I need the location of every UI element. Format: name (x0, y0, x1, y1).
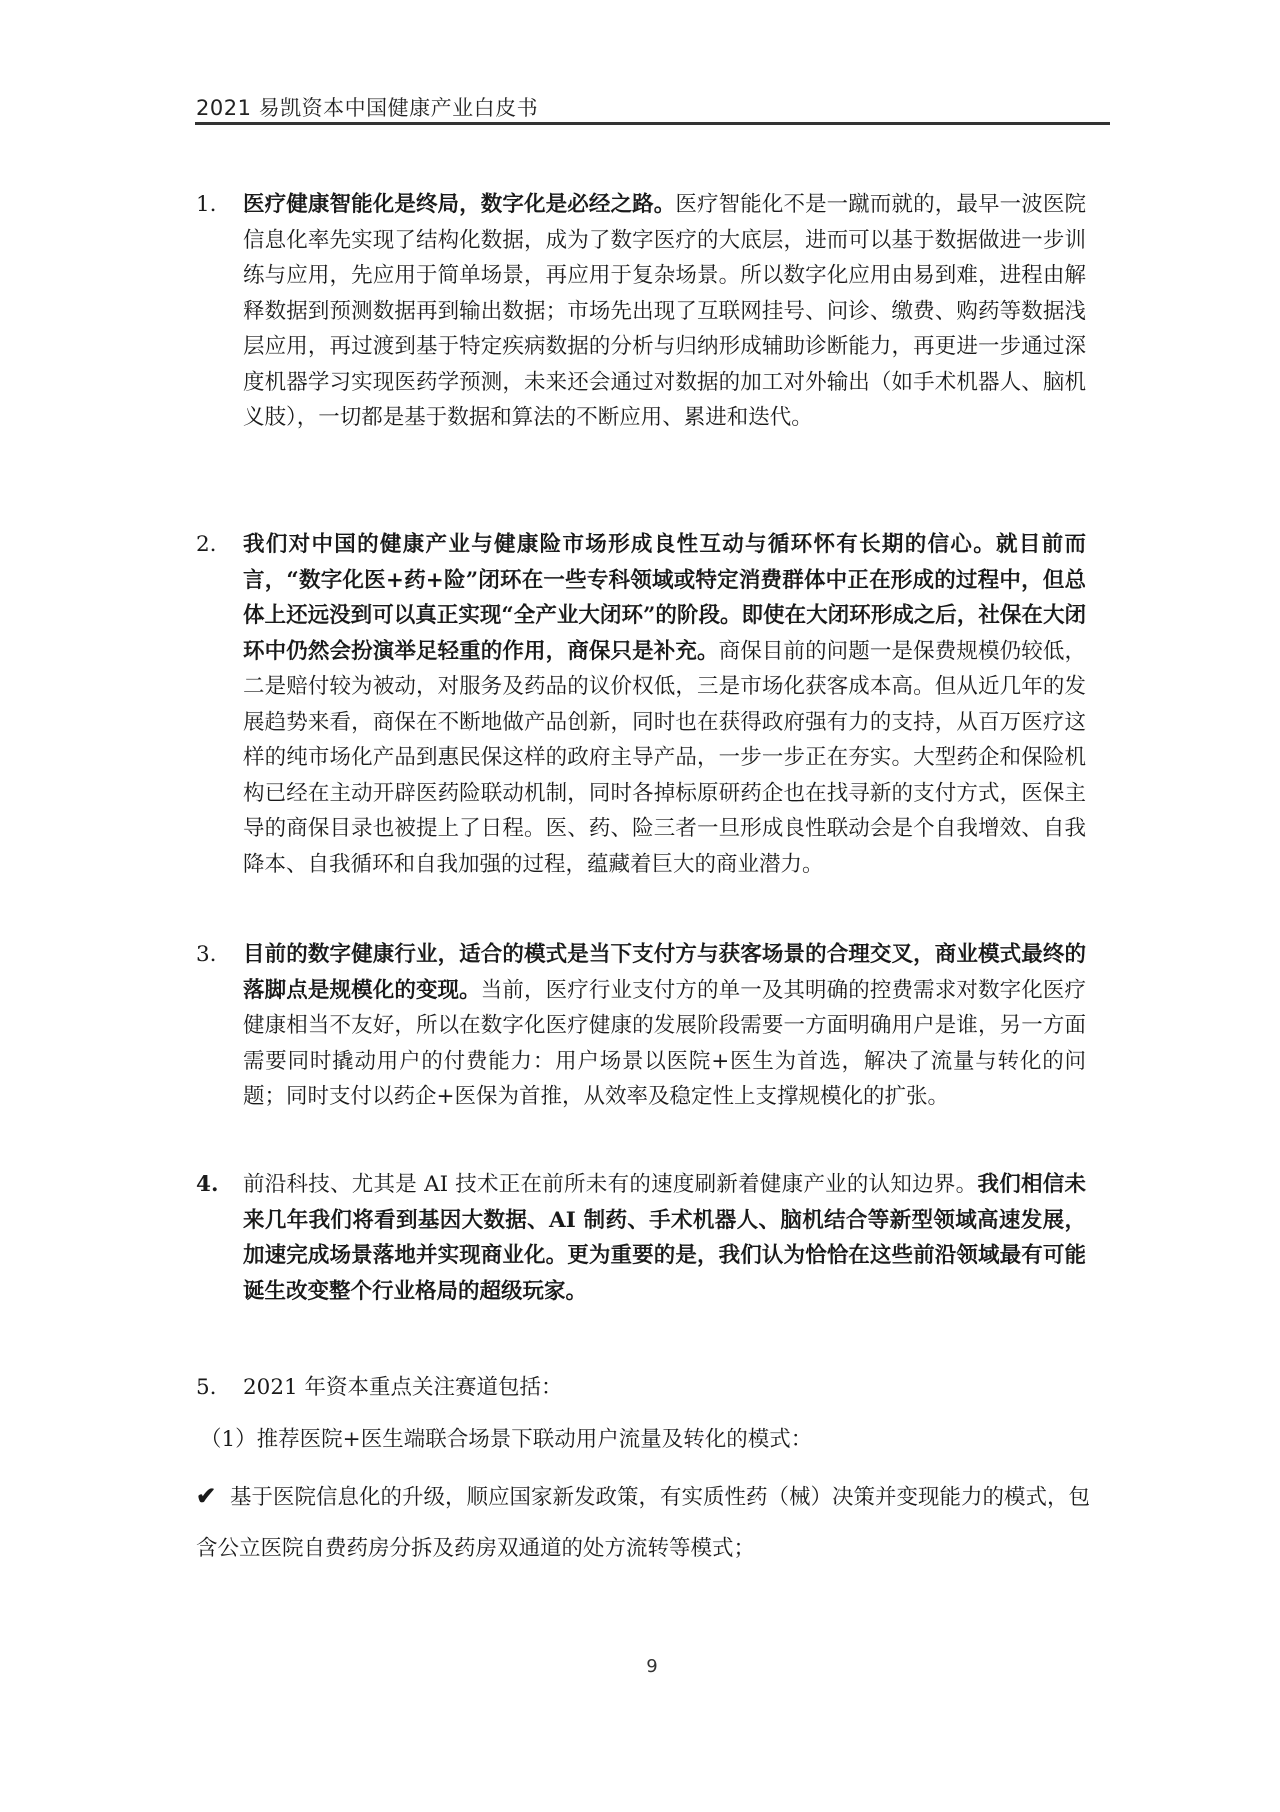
item-number: 1. (196, 187, 236, 223)
item-number: 4. (196, 1167, 236, 1203)
item-body: 目前的数字健康行业，适合的模式是当下支付方与获客场景的合理交叉，商业模式最终的落… (243, 937, 1086, 1115)
item-number: 3. (196, 937, 236, 973)
item-number: 2. (196, 527, 236, 563)
list-item-2: 2. 我们对中国的健康产业与健康险市场形成良性互动与循环怀有长期的信心。就目前而… (196, 527, 1086, 847)
page-number: 9 (0, 1656, 1280, 1677)
item-body: 前沿科技、尤其是 AI 技术正在前所未有的速度刷新着健康产业的认知边界。我们相信… (243, 1167, 1086, 1309)
item-body: 医疗健康智能化是终局，数字化是必经之路。医疗智能化不是一蹴而就的，最早一波医院信… (243, 187, 1086, 436)
list-item-4: 4. 前沿科技、尤其是 AI 技术正在前所未有的速度刷新着健康产业的认知边界。我… (196, 1167, 1086, 1347)
list-item-5: 5. 2021 年资本重点关注赛道包括： (196, 1370, 1086, 1406)
check-icon: ✔ (196, 1470, 230, 1521)
item-number: 5. (196, 1370, 236, 1406)
item-text: 医疗智能化不是一蹴而就的，最早一波医院信息化率先实现了结构化数据，成为了数字医疗… (243, 192, 1086, 430)
item-body: 我们对中国的健康产业与健康险市场形成良性互动与循环怀有长期的信心。就目前而言，“… (243, 527, 1086, 882)
item-lead-text: 前沿科技、尤其是 AI 技术正在前所未有的速度刷新着健康产业的认知边界。 (243, 1172, 977, 1197)
checklist-item: ✔基于医院信息化的升级，顺应国家新发政策，有实质性药（械）决策并变现能力的模式，… (196, 1470, 1090, 1574)
item-text: 商保目前的问题一是保费规模仍较低，二是赔付较为被动，对服务及药品的议价权低，三是… (243, 639, 1086, 877)
list-item-1: 1. 医疗健康智能化是终局，数字化是必经之路。医疗智能化不是一蹴而就的，最早一波… (196, 187, 1086, 507)
item-body: 2021 年资本重点关注赛道包括： (243, 1370, 1086, 1406)
subsection-heading: （1）推荐医院+医生端联合场景下联动用户流量及转化的模式： (200, 1422, 812, 1458)
item-text: 2021 年资本重点关注赛道包括： (243, 1375, 563, 1400)
item-bold-lead: 医疗健康智能化是终局，数字化是必经之路。 (243, 192, 675, 217)
list-item-3: 3. 目前的数字健康行业，适合的模式是当下支付方与获客场景的合理交叉，商业模式最… (196, 937, 1086, 1152)
running-header-title: 2021 易凯资本中国健康产业白皮书 (196, 92, 538, 122)
checklist-text: 基于医院信息化的升级，顺应国家新发政策，有实质性药（械）决策并变现能力的模式，包… (196, 1485, 1090, 1561)
header-divider (195, 122, 1110, 125)
